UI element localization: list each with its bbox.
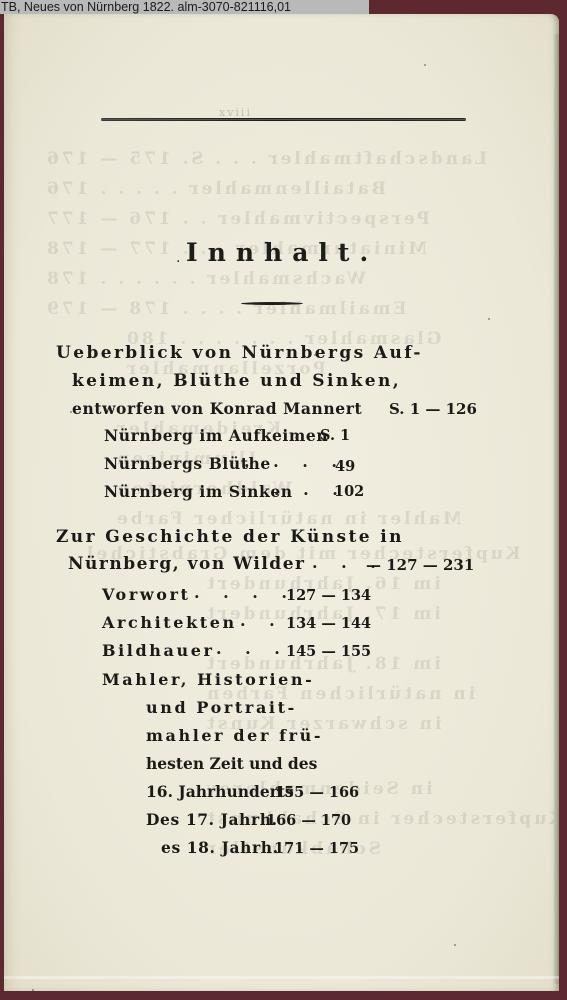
toc-sub-mahler-pages: 155 — 166 xyxy=(274,784,359,801)
leader-dots: . xyxy=(294,424,309,443)
toc-entry-2-line-1: Zur Geschichte der Künste in xyxy=(56,527,404,547)
paper-speck xyxy=(454,944,456,946)
bleed-through-line: Wachsmahler . . . . . . 178 xyxy=(44,269,366,289)
title-ornament-dot: . xyxy=(176,250,180,266)
toc-entry-1-line-3: entworfen von Konrad Mannert xyxy=(72,399,362,418)
toc-entry-2-line-2: Nürnberg, von Wilder xyxy=(68,554,305,574)
toc-sub-mahler-line-5: 16. Jahrhunderts xyxy=(146,782,294,801)
paper-speck xyxy=(70,411,72,413)
bleed-through-line: Emailmahler . . . . 178 — 179 xyxy=(44,299,407,319)
title-underline xyxy=(241,302,303,305)
paper-speck xyxy=(314,354,316,356)
book-page: Landschaftmahler . . . S. 175 — 176 Bata… xyxy=(4,14,559,991)
toc-sub-18-jahrh-pages: 171 — 175 xyxy=(274,840,359,857)
toc-sub-sinken-page: 102 xyxy=(334,483,364,500)
toc-sub-17-jahrh-pages: 166 — 170 xyxy=(266,812,351,829)
toc-sub-architekten-pages: 134 — 144 xyxy=(286,615,371,632)
toc-sub-mahler-line-2: und Portrait- xyxy=(146,698,297,717)
toc-sub-bildhauer: Bildhauer xyxy=(102,641,215,660)
toc-sub-aufkeimen-page: S. 1 xyxy=(320,427,350,444)
toc-sub-mahler-line-4: hesten Zeit und des xyxy=(146,754,317,773)
toc-entry-1-pages: S. 1 — 126 xyxy=(389,400,477,418)
toc-entry-1-line-2: keimen, Blüthe und Sinken, xyxy=(72,371,401,391)
paper-speck xyxy=(488,318,490,320)
toc-sub-vorwort: Vorwort xyxy=(102,585,191,604)
paper-speck xyxy=(32,989,34,991)
toc-sub-bluethe-page: 49 xyxy=(335,458,355,475)
toc-sub-18-jahrh: es 18. Jahrh. xyxy=(161,838,279,857)
leader-dots: . . . . xyxy=(194,583,296,602)
bleed-through-line: Landschaftmahler . . . S. 175 — 176 xyxy=(44,149,487,169)
toc-sub-mahler-line-3: mahler der frü- xyxy=(146,726,323,745)
page-title: Innhalt. xyxy=(186,238,378,267)
toc-entry-2-pages: — 127 — 231 xyxy=(366,556,474,574)
paper-speck xyxy=(424,64,426,66)
bleed-through-line: Perspectivmahler . . 176 — 177 xyxy=(44,209,430,229)
toc-sub-mahler-line-1: Mahler, Historien- xyxy=(102,670,314,689)
image-caption: TB, Neues von Nürnberg 1822. alm-3070-82… xyxy=(0,0,369,14)
toc-entry-1-line-1: Ueberblick von Nürnbergs Auf- xyxy=(56,343,423,363)
page-edge xyxy=(554,34,559,984)
toc-sub-sinken: Nürnberg im Sinken xyxy=(104,482,293,501)
toc-sub-architekten: Architekten xyxy=(102,613,237,632)
scan-artifact-band xyxy=(4,976,559,979)
bleed-through-line: Bataillenmahler . . . . . 176 xyxy=(44,179,386,199)
toc-sub-bildhauer-pages: 145 — 155 xyxy=(286,643,371,660)
toc-sub-vorwort-pages: 127 — 134 xyxy=(286,587,371,604)
header-rule xyxy=(101,118,466,121)
leader-dots: . . xyxy=(240,611,284,630)
toc-sub-17-jahrh: Des 17. Jahrh. xyxy=(146,810,278,829)
leader-dots: . . . xyxy=(216,639,289,658)
leader-dots: . . . . xyxy=(244,452,346,471)
bleed-through-line: Mahler in natürlicher Farbe xyxy=(114,509,462,529)
